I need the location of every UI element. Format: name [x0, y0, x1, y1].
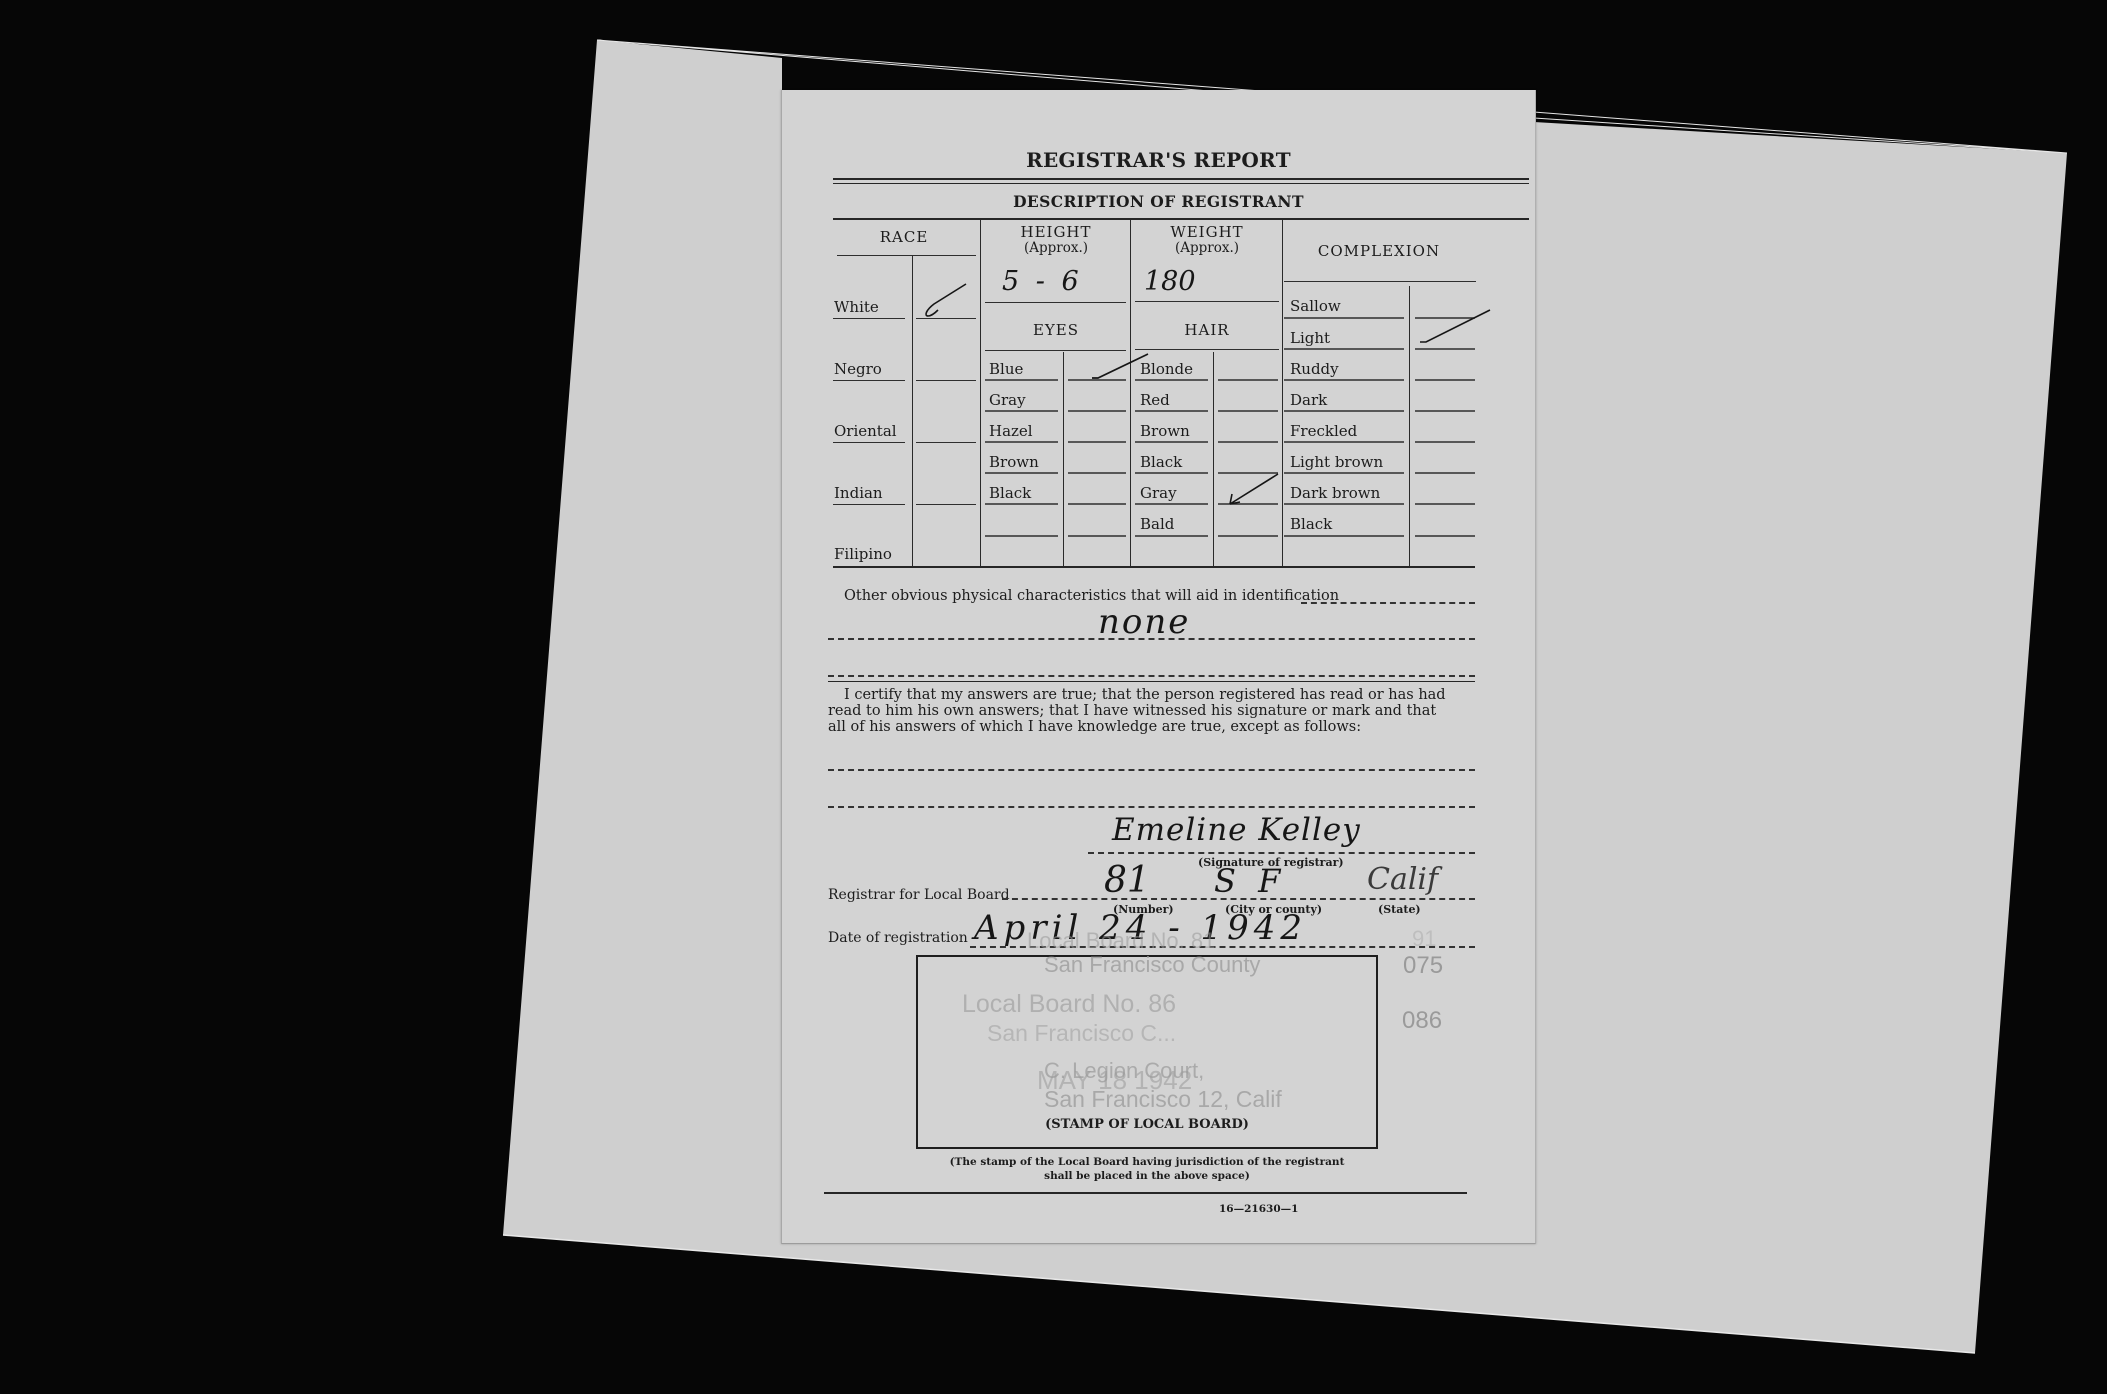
other-characteristics-line-2: [828, 675, 1475, 677]
other-characteristics-value: none: [1098, 602, 1190, 642]
signature-line: [1088, 852, 1475, 854]
form-bottom-rule: [824, 1192, 1467, 1194]
exceptions-line-2: [828, 806, 1475, 808]
stamp-impression-line: San Francisco County: [1044, 952, 1260, 978]
certification-line-3: all of his answers of which I have knowl…: [828, 720, 1361, 736]
stamp-caption: (STAMP OF LOCAL BOARD): [916, 1117, 1378, 1132]
state-caption: (State): [1378, 903, 1421, 916]
date-of-registration-label: Date of registration: [828, 930, 968, 946]
race-white-check-icon: [916, 280, 976, 320]
form-number: 16—21630—1: [1219, 1203, 1298, 1215]
local-board-state: Calif: [1367, 862, 1438, 897]
stamp-side-number: 086: [1402, 1007, 1442, 1035]
certification-line-1: I certify that my answers are true; that…: [844, 688, 1446, 704]
other-characteristics-label: Other obvious physical characteristics t…: [844, 588, 1339, 604]
other-characteristics-line: [828, 638, 1475, 640]
complexion-light-check-icon: [1412, 308, 1492, 348]
certification-rule: [828, 681, 1475, 682]
stamp-impression-line: Local Board No. 81: [1027, 928, 1215, 954]
registrars-report-card: REGISTRAR'S REPORT DESCRIPTION OF REGIST…: [781, 90, 1536, 1244]
stamp-impression-line: San Francisco C...: [987, 1020, 1176, 1047]
local-board-number: 81: [1104, 860, 1150, 901]
certification-line-2: read to him his own answers; that I have…: [828, 704, 1436, 720]
other-characteristics-leader: [1301, 602, 1475, 604]
stamp-impression-line: San Francisco 12, Calif: [1044, 1086, 1282, 1113]
local-board-label: Registrar for Local Board: [828, 887, 1010, 903]
exceptions-line-1: [828, 769, 1475, 771]
stamp-side-number: 91: [1412, 926, 1436, 952]
stamp-side-number: 075: [1403, 952, 1443, 980]
registrar-signature: Emeline Kelley: [1112, 812, 1361, 848]
stamp-note-line-2: shall be placed in the above space): [882, 1170, 1412, 1182]
local-board-city: S F: [1214, 862, 1286, 900]
hair-gray-check-icon: [1222, 472, 1282, 512]
eyes-blue-check-icon: [1082, 352, 1152, 382]
stamp-note-line-1: (The stamp of the Local Board having jur…: [882, 1156, 1412, 1168]
stamp-impression-line: Local Board No. 86: [962, 990, 1176, 1019]
